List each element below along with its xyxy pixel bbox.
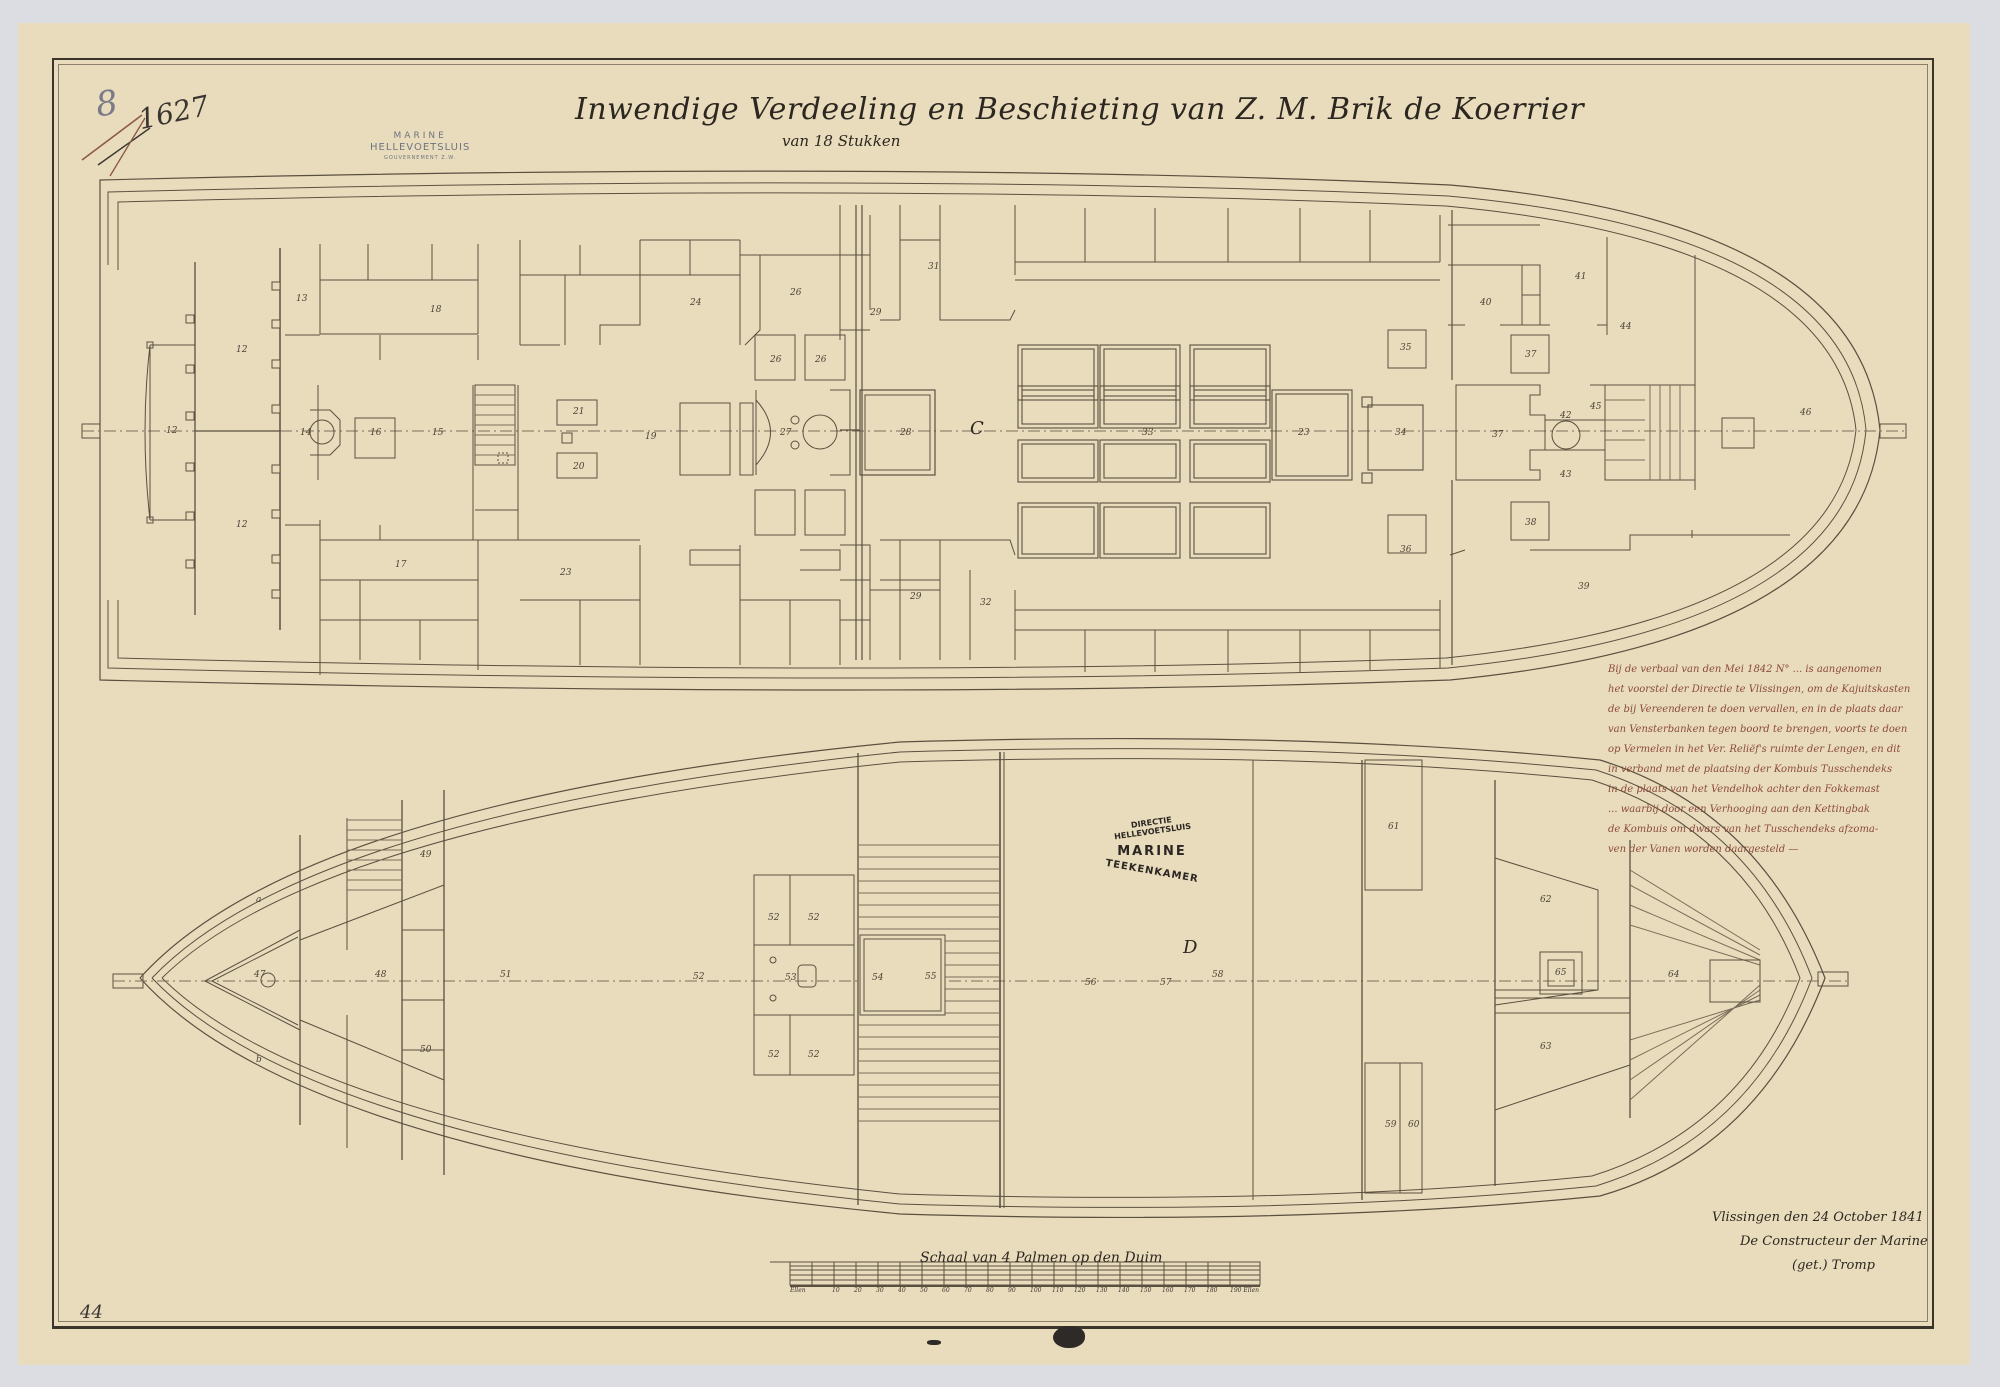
room-label: 65	[1555, 968, 1566, 978]
scale-tick: 10	[832, 1287, 840, 1294]
room-label: 36	[1400, 545, 1411, 555]
room-label: 23	[560, 568, 571, 578]
scale-tick: 170	[1184, 1287, 1195, 1294]
room-label: 49	[420, 850, 431, 860]
room-label: 29	[910, 592, 921, 602]
room-label: 39	[1578, 582, 1589, 592]
room-label: 54	[872, 973, 883, 983]
room-label: 59	[1385, 1120, 1396, 1130]
room-label: 16	[370, 428, 381, 438]
annotation-line: de bij Vereenderen te doen vervallen, en…	[1608, 700, 1948, 720]
annotation-line: op Vermelen in het Ver. Reliëf's ruimte …	[1608, 740, 1948, 760]
room-label: 53	[785, 973, 796, 983]
scale-tick: 30	[876, 1287, 884, 1294]
scale-tick: 150	[1140, 1287, 1151, 1294]
room-label: 38	[1525, 518, 1536, 528]
room-label: 63	[1540, 1042, 1551, 1052]
annotation-line: ven der Vanen worden daargesteld —	[1608, 840, 1948, 860]
scale-tick: 140	[1118, 1287, 1129, 1294]
room-label: 52	[768, 913, 779, 923]
handwritten-annotation: Bij de verbaal van den Mei 1842 N° ... i…	[1608, 660, 1948, 860]
annotation-line: Bij de verbaal van den Mei 1842 N° ... i…	[1608, 660, 1948, 680]
scale-tick: 80	[986, 1287, 994, 1294]
scale-tick: 160	[1162, 1287, 1173, 1294]
page-number: 44	[80, 1302, 103, 1323]
scale-title: Schaal van 4 Palmen op den Duim	[920, 1250, 1162, 1266]
scale-tick: 100	[1030, 1287, 1041, 1294]
room-label: 12	[166, 426, 177, 436]
room-label: 35	[1400, 343, 1411, 353]
room-label: 61	[1388, 822, 1399, 832]
room-label: 32	[980, 598, 991, 608]
room-label: 45	[1590, 402, 1601, 412]
room-label: 60	[1408, 1120, 1419, 1130]
room-label: 15	[432, 428, 443, 438]
annotation-line: in de plaats van het Vendelhok achter de…	[1608, 780, 1948, 800]
signature-block: Vlissingen den 24 October 1841 De Constr…	[1712, 1206, 1928, 1278]
scale-tick: 50	[920, 1287, 928, 1294]
room-label: 19	[645, 432, 656, 442]
teekenkamer-stamp: DIRECTIE HELLEVOETSLUIS MARINE TEEKENKAM…	[1092, 812, 1212, 890]
room-label: 23	[1298, 428, 1309, 438]
room-label: 52	[808, 913, 819, 923]
signature-place-date: Vlissingen den 24 October 1841	[1712, 1206, 1928, 1230]
room-label: 18	[430, 305, 441, 315]
room-label: 14	[300, 428, 311, 438]
room-label: 12	[236, 345, 247, 355]
room-label: 20	[573, 462, 584, 472]
room-label: 50	[420, 1045, 431, 1055]
room-label: 26	[770, 355, 781, 365]
room-label: 12	[236, 520, 247, 530]
room-label: 42	[1560, 411, 1571, 421]
room-label: 55	[925, 972, 936, 982]
signature-name: (get.) Tromp	[1712, 1254, 1928, 1278]
room-label: 40	[1480, 298, 1491, 308]
annotation-line: het voorstel der Directie te Vlissingen,…	[1608, 680, 1948, 700]
room-label: 43	[1560, 470, 1571, 480]
upper-deck-letter: C	[970, 418, 984, 439]
room-label: 13	[296, 294, 307, 304]
room-label: 26	[790, 288, 801, 298]
room-label: 56	[1085, 978, 1096, 988]
room-label: 31	[928, 262, 939, 272]
ink-blot	[927, 1340, 941, 1345]
room-label: 28	[900, 428, 911, 438]
scale-tick: 70	[964, 1287, 972, 1294]
scale-tick: 120	[1074, 1287, 1085, 1294]
annotation-line: de Kombuis om dwars van het Tusschendeks…	[1608, 820, 1948, 840]
room-label: 46	[1800, 408, 1811, 418]
room-label: a	[256, 895, 261, 905]
scale-tick: 40	[898, 1287, 906, 1294]
scale-tick: 90	[1008, 1287, 1016, 1294]
room-label: 52	[808, 1050, 819, 1060]
room-label: 58	[1212, 970, 1223, 980]
stamp-center: MARINE	[1092, 844, 1212, 859]
scale-tick: 190 Ellen	[1230, 1287, 1259, 1294]
room-label: 37	[1525, 350, 1536, 360]
lower-deck-letter: D	[1183, 937, 1197, 958]
room-label: 47	[254, 970, 265, 980]
room-label: 52	[768, 1050, 779, 1060]
signature-role: De Constructeur der Marine	[1712, 1230, 1928, 1254]
room-label: 52	[693, 972, 704, 982]
room-label: 24	[690, 298, 701, 308]
upper-deck-plan	[82, 171, 1906, 690]
room-label: 26	[815, 355, 826, 365]
scale-tick: 110	[1052, 1287, 1063, 1294]
annotation-line: in verband met de plaatsing der Kombuis …	[1608, 760, 1948, 780]
room-label: 21	[573, 407, 584, 417]
room-label: 44	[1620, 322, 1631, 332]
annotation-line: van Vensterbanken tegen boord te brengen…	[1608, 720, 1948, 740]
room-label: 41	[1575, 272, 1586, 282]
room-label: 34	[1395, 428, 1406, 438]
room-label: 62	[1540, 895, 1551, 905]
scale-tick: Ellen	[790, 1287, 806, 1294]
room-label: 64	[1668, 970, 1679, 980]
room-label: b	[256, 1055, 262, 1065]
scale-tick: 130	[1096, 1287, 1107, 1294]
scale-tick-labels: Ellen 10 20 30 40 50 60 70 80 90 100 110…	[790, 1287, 1290, 1299]
annotation-line: ... waarbij door een Verhooging aan den …	[1608, 800, 1948, 820]
scale-tick: 20	[854, 1287, 862, 1294]
room-label: 29	[870, 308, 881, 318]
scale-tick: 180	[1206, 1287, 1217, 1294]
room-label: 33	[1142, 428, 1153, 438]
room-label: 48	[375, 970, 386, 980]
scale-tick: 60	[942, 1287, 950, 1294]
room-label: 27	[780, 428, 791, 438]
room-label: 37	[1492, 430, 1503, 440]
room-label: 57	[1160, 978, 1171, 988]
room-label: 17	[395, 560, 406, 570]
ink-blot	[1053, 1326, 1085, 1348]
lower-deck-plan	[113, 739, 1848, 1218]
room-label: 51	[500, 970, 511, 980]
